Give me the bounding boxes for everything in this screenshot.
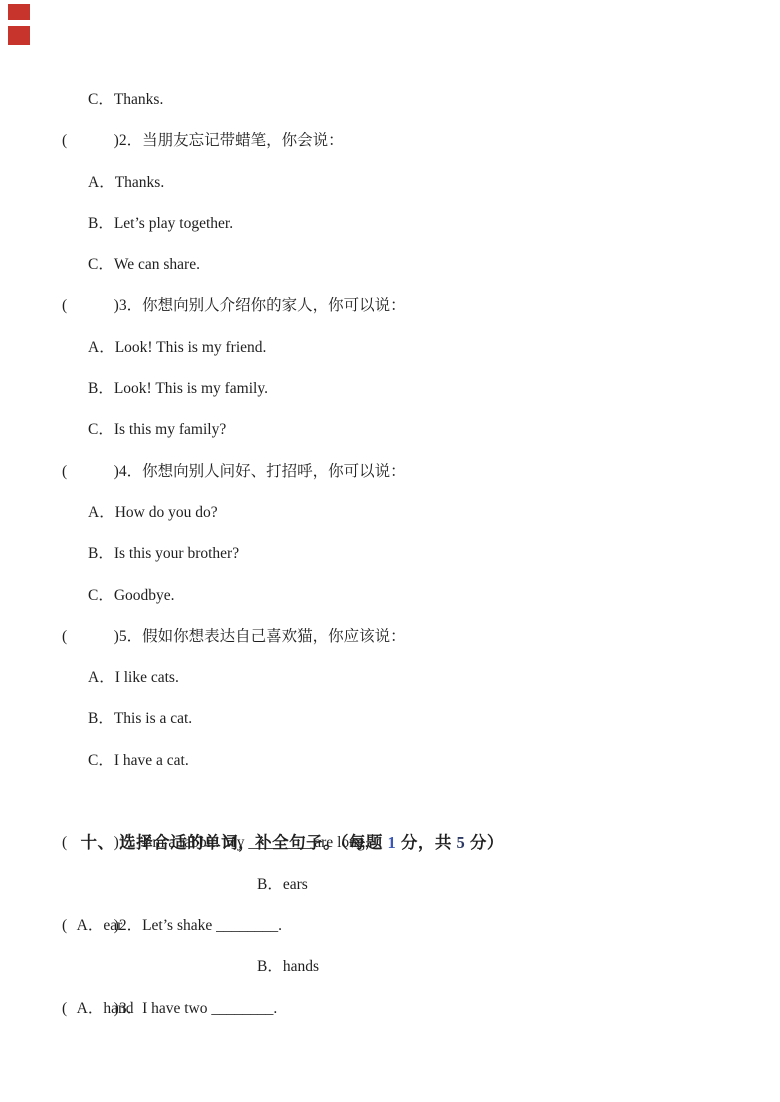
s9-q5-option-b: B．This is a cat. (62, 698, 750, 739)
s9-q3-stem: ( )3．你想向别人介绍你的家人，你可以说： (62, 285, 750, 326)
section-10-heading: 十、 选择合适的单词，补全句子。（每题 1 分，共 5 分） (62, 781, 750, 822)
s10-q3-stem: ( )3．I have two ________. (62, 988, 750, 1029)
s10-q1-options: A．ear B．ears (62, 864, 750, 905)
s9-q4-option-c: C．Goodbye. (62, 575, 750, 616)
s9-q2-option-b: B．Let’s play together. (62, 203, 750, 244)
s9-q1-option-c: C．Thanks. (62, 79, 750, 120)
s10-q1-stem: ( )1．I’m a rabbit. My ________ are long. (62, 822, 750, 863)
s9-q3-option-b: B．Look! This is my family. (62, 368, 750, 409)
s9-q2-option-a: A．Thanks. (62, 162, 750, 203)
s9-q2-option-c: C．We can share. (62, 244, 750, 285)
s9-q4-option-b: B．Is this your brother? (62, 533, 750, 574)
s10-q2-options: A．hand B．hands (62, 946, 750, 987)
red-corner-mark (8, 4, 30, 20)
s9-q5-option-c: C．I have a cat. (62, 740, 750, 781)
s9-q3-option-c: C．Is this my family? (62, 409, 750, 450)
s9-q2-stem: ( )2．当朋友忘记带蜡笔，你会说： (62, 120, 750, 161)
s9-q5-option-a: A．I like cats. (62, 657, 750, 698)
s9-q5-stem: ( )5．假如你想表达自己喜欢猫，你应该说： (62, 616, 750, 657)
document-page: { "colors": { "ink": "#1f1f1f", "accent_… (0, 0, 780, 1102)
s9-q4-stem: ( )4．你想向别人问好、打招呼，你可以说： (62, 451, 750, 492)
test-paper-sheet: C．Thanks. ( )2．当朋友忘记带蜡笔，你会说： A．Thanks. B… (62, 79, 750, 1029)
s10-q2-stem: ( )2．Let’s shake ________. (62, 905, 750, 946)
red-corner-mark (8, 26, 30, 45)
s10-q1-option-b: B．ears (257, 864, 308, 905)
s9-q3-option-a: A．Look! This is my friend. (62, 327, 750, 368)
s9-q4-option-a: A．How do you do? (62, 492, 750, 533)
s10-q2-option-b: B．hands (257, 946, 319, 987)
